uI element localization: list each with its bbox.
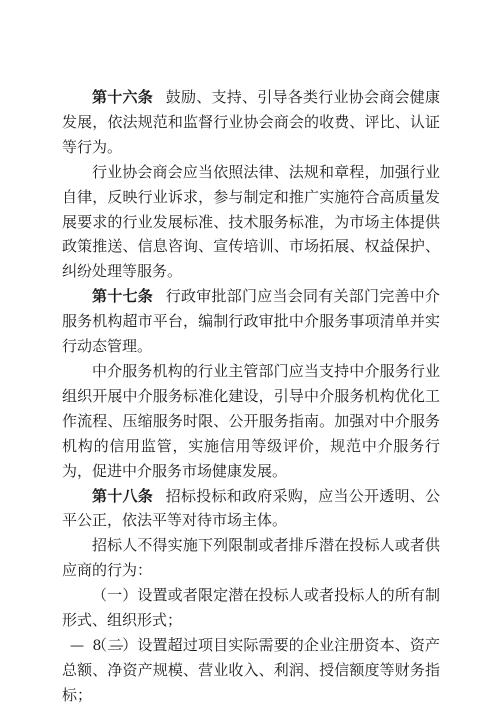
page-number: — 8 — xyxy=(70,634,126,659)
document-page: 第十六条鼓励、支持、引导各类行业协会商会健康发展，依法规范和监督行业协会商会的收… xyxy=(0,0,500,707)
document-paragraph: 中介服务机构的行业主管部门应当支持中介服务行业组织开展中介服务标准化建设，引导中… xyxy=(62,359,440,484)
document-paragraph: 招标人不得实施下列限制或者排斥潜在投标人或者供应商的行为： xyxy=(62,533,440,583)
document-paragraph: 第十八条招标投标和政府采购，应当公开透明、公平公正，依法平等对待市场主体。 xyxy=(62,484,440,534)
paragraph-text: （一）设置或者限定潜在投标人或者投标人的所有制形式、组织形式； xyxy=(62,586,440,629)
document-paragraph: 第十七条行政审批部门应当会同有关部门完善中介服务机构超市平台，编制行政审批中介服… xyxy=(62,284,440,359)
paragraph-text: 中介服务机构的行业主管部门应当支持中介服务行业组织开展中介服务标准化建设，引导中… xyxy=(62,362,440,480)
document-paragraph: 第十六条鼓励、支持、引导各类行业协会商会健康发展，依法规范和监督行业协会商会的收… xyxy=(62,85,440,160)
document-paragraph: 行业协会商会应当依照法律、法规和章程，加强行业自律，反映行业诉求，参与制定和推广… xyxy=(62,160,440,285)
document-paragraph: （一）设置或者限定潜在投标人或者投标人的所有制形式、组织形式； xyxy=(62,583,440,633)
article-number-label: 第十八条 xyxy=(92,487,153,505)
article-number-label: 第十七条 xyxy=(92,287,153,305)
article-number-label: 第十六条 xyxy=(92,88,153,106)
paragraph-text: 招标人不得实施下列限制或者排斥潜在投标人或者供应商的行为： xyxy=(62,536,440,579)
paragraph-text: 行业协会商会应当依照法律、法规和章程，加强行业自律，反映行业诉求，参与制定和推广… xyxy=(62,163,440,281)
